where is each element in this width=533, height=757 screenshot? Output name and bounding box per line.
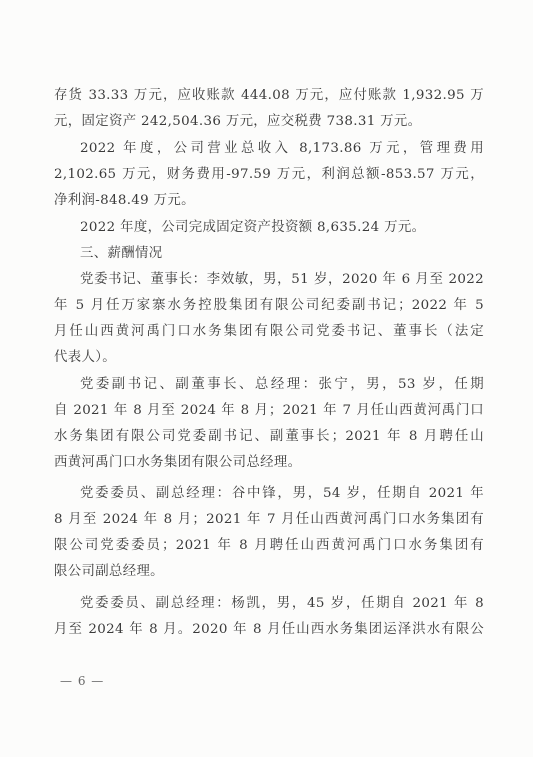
text-line: 2022 年度，公司营业总收入 8,173.86 万元，管理费用 bbox=[80, 140, 484, 158]
text-line: 月至 2024 年 8 月。2020 年 8 月任山西水务集团运泽洪水有限公 bbox=[54, 621, 484, 639]
page-number: — 6 — bbox=[60, 674, 104, 688]
text-line: 2022 年度，公司完成固定资产投资额 8,635.24 万元。 bbox=[80, 219, 510, 237]
text-line: 月任山西黄河禹门口水务集团有限公司党委书记、董事长（法定 bbox=[54, 323, 484, 341]
section-heading: 三、薪酬情况 bbox=[80, 245, 510, 263]
text-line: 净利润-848.49 万元。 bbox=[54, 192, 484, 210]
text-line: 存货 33.33 万元，应收账款 444.08 万元，应付账款 1,932.95… bbox=[54, 87, 484, 105]
text-line: 元，固定资产 242,504.36 万元，应交税费 738.31 万元。 bbox=[54, 113, 484, 131]
text-line: 年 5 月任万家寨水务控股集团有限公司纪委副书记；2022 年 5 bbox=[54, 297, 484, 315]
text-line: 党委委员、副总经理：谷中锋，男，54 岁，任期自 2021 年 bbox=[80, 485, 484, 503]
text-line: 8 月至 2024 年 8 月；2021 年 7 月任山西黄河禹门口水务集团有 bbox=[54, 511, 484, 529]
text-line: 代表人）。 bbox=[54, 349, 484, 367]
text-line: 水务集团有限公司党委副书记、副董事长；2021 年 8 月聘任山 bbox=[54, 428, 484, 446]
document-page: 存货 33.33 万元，应收账款 444.08 万元，应付账款 1,932.95… bbox=[0, 0, 533, 757]
text-line: 自 2021 年 8 月至 2024 年 8 月；2021 年 7 月任山西黄河… bbox=[54, 402, 484, 420]
text-line: 党委委员、副总经理：杨凯，男，45 岁，任期自 2021 年 8 bbox=[80, 595, 484, 613]
text-line: 限公司党委委员；2021 年 8 月聘任山西黄河禹门口水务集团有 bbox=[54, 537, 484, 555]
text-line: 党委副书记、副董事长、总经理：张宁，男，53 岁，任期 bbox=[80, 376, 484, 394]
text-line: 限公司副总经理。 bbox=[54, 563, 484, 581]
text-line: 西黄河禹门口水务集团有限公司总经理。 bbox=[54, 454, 484, 472]
text-line: 2,102.65 万元，财务费用-97.59 万元，利润总额-853.57 万元… bbox=[54, 166, 484, 184]
text-line: 党委书记、董事长：李效敏，男，51 岁，2020 年 6 月至 2022 bbox=[80, 271, 484, 289]
